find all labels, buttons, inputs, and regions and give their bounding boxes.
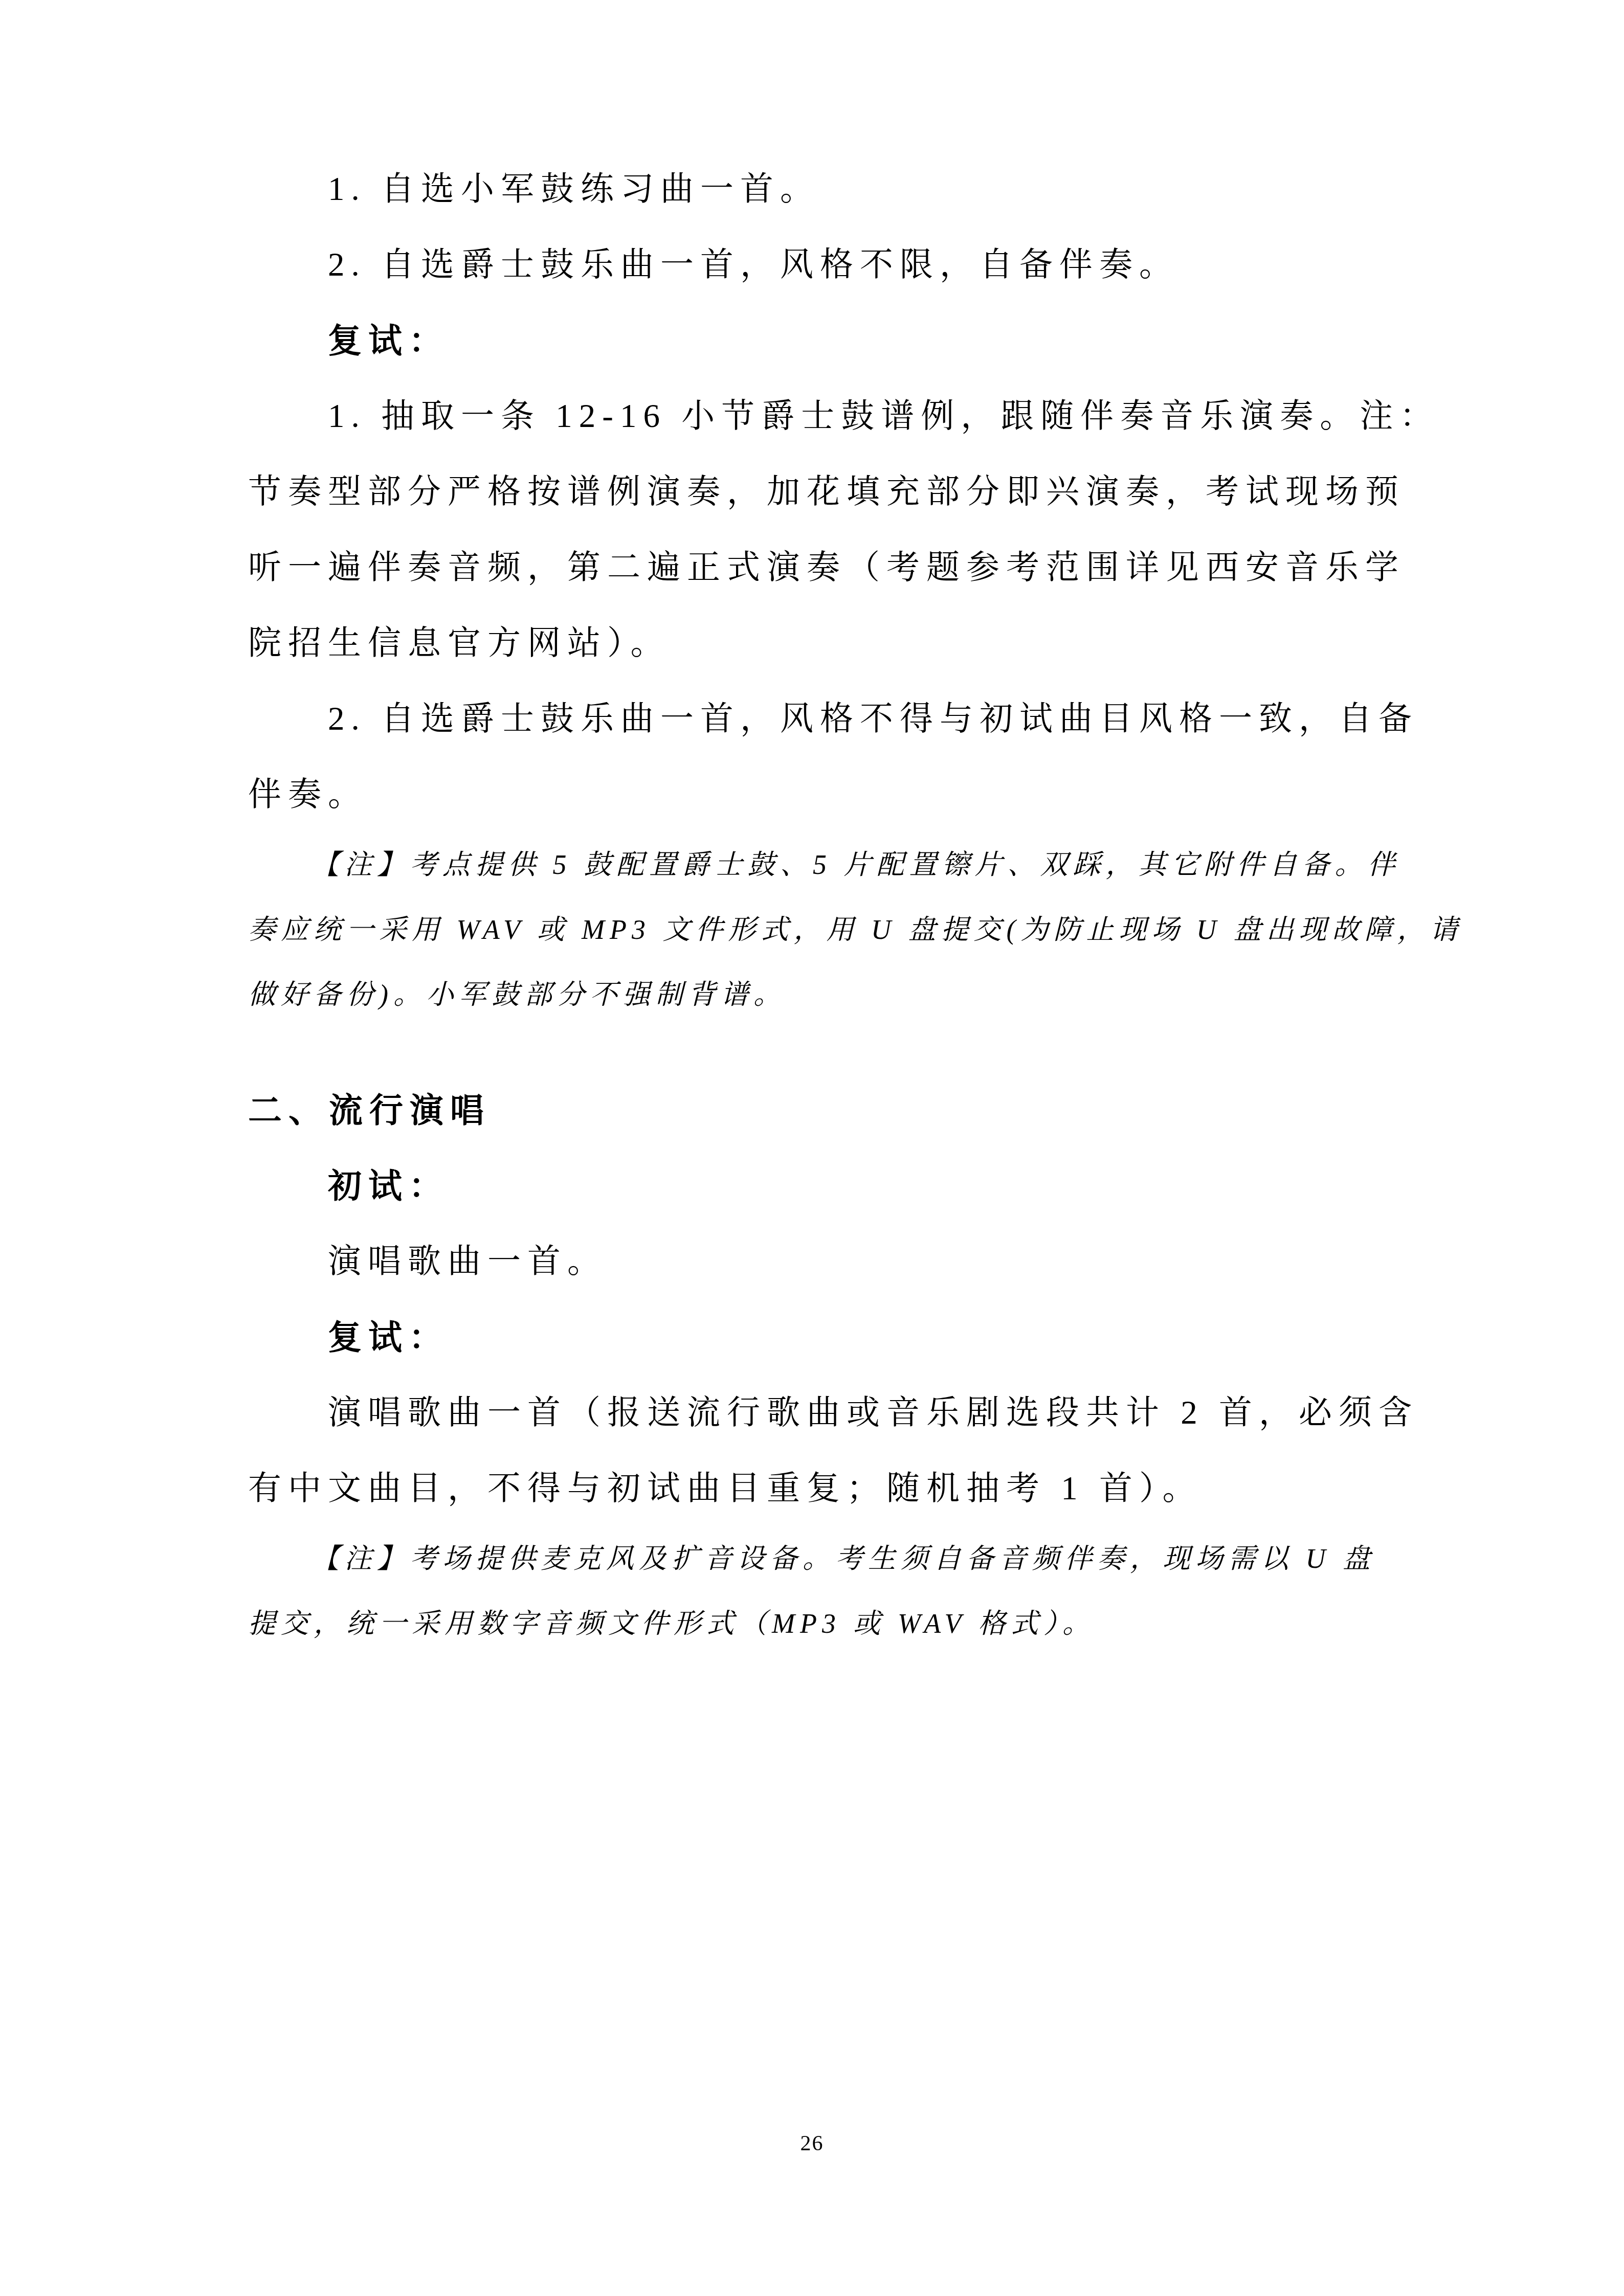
exam-item-line: 演唱歌曲一首。 [248, 1224, 1404, 1299]
exam-item-line: 1. 抽取一条 12-16 小节爵士鼓谱例，跟随伴奏音乐演奏。注： [248, 378, 1404, 454]
exam-item-line: 2. 自选爵士鼓乐曲一首，风格不得与初试曲目风格一致，自备 [248, 681, 1404, 757]
note-line: 做好备份)。小军鼓部分不强制背谱。 [248, 962, 1404, 1027]
note-line: 提交，统一采用数字音频文件形式（MP3 或 WAV 格式）。 [248, 1591, 1404, 1656]
exam-item-line: 演唱歌曲一首（报送流行歌曲或音乐剧选段共计 2 首，必须含 [248, 1375, 1404, 1451]
page-number: 26 [0, 2131, 1624, 2156]
document-body: 1. 自选小军鼓练习曲一首。 2. 自选爵士鼓乐曲一首，风格不限，自备伴奏。 复… [248, 151, 1404, 1656]
paragraph-continuation-line: 听一遍伴奏音频，第二遍正式演奏（考题参考范围详见西安音乐学 [248, 530, 1404, 605]
paragraph-continuation-line: 院招生信息官方网站）。 [248, 605, 1404, 681]
paragraph-continuation-line: 有中文曲目，不得与初试曲目重复；随机抽考 1 首）。 [248, 1451, 1404, 1526]
round-heading-retest: 复试： [248, 1299, 1404, 1375]
paragraph-continuation-line: 伴奏。 [248, 757, 1404, 832]
round-heading-first-test: 初试： [248, 1148, 1404, 1224]
note-line: 【注】考场提供麦克风及扩音设备。考生须自备音频伴奏，现场需以 U 盘 [248, 1526, 1404, 1591]
exam-item-line: 2. 自选爵士鼓乐曲一首，风格不限，自备伴奏。 [248, 227, 1404, 303]
exam-item-line: 1. 自选小军鼓练习曲一首。 [248, 151, 1404, 227]
document-page: 1. 自选小军鼓练习曲一首。 2. 自选爵士鼓乐曲一首，风格不限，自备伴奏。 复… [0, 0, 1624, 2296]
note-line: 【注】考点提供 5 鼓配置爵士鼓、5 片配置镲片、双踩，其它附件自备。伴 [248, 832, 1404, 897]
round-heading-retest: 复试： [248, 303, 1404, 378]
paragraph-continuation-line: 节奏型部分严格按谱例演奏，加花填充部分即兴演奏，考试现场预 [248, 454, 1404, 530]
note-line: 奏应统一采用 WAV 或 MP3 文件形式，用 U 盘提交(为防止现场 U 盘出… [248, 897, 1404, 962]
section-heading-pop-vocal: 二、流行演唱 [248, 1072, 1404, 1148]
